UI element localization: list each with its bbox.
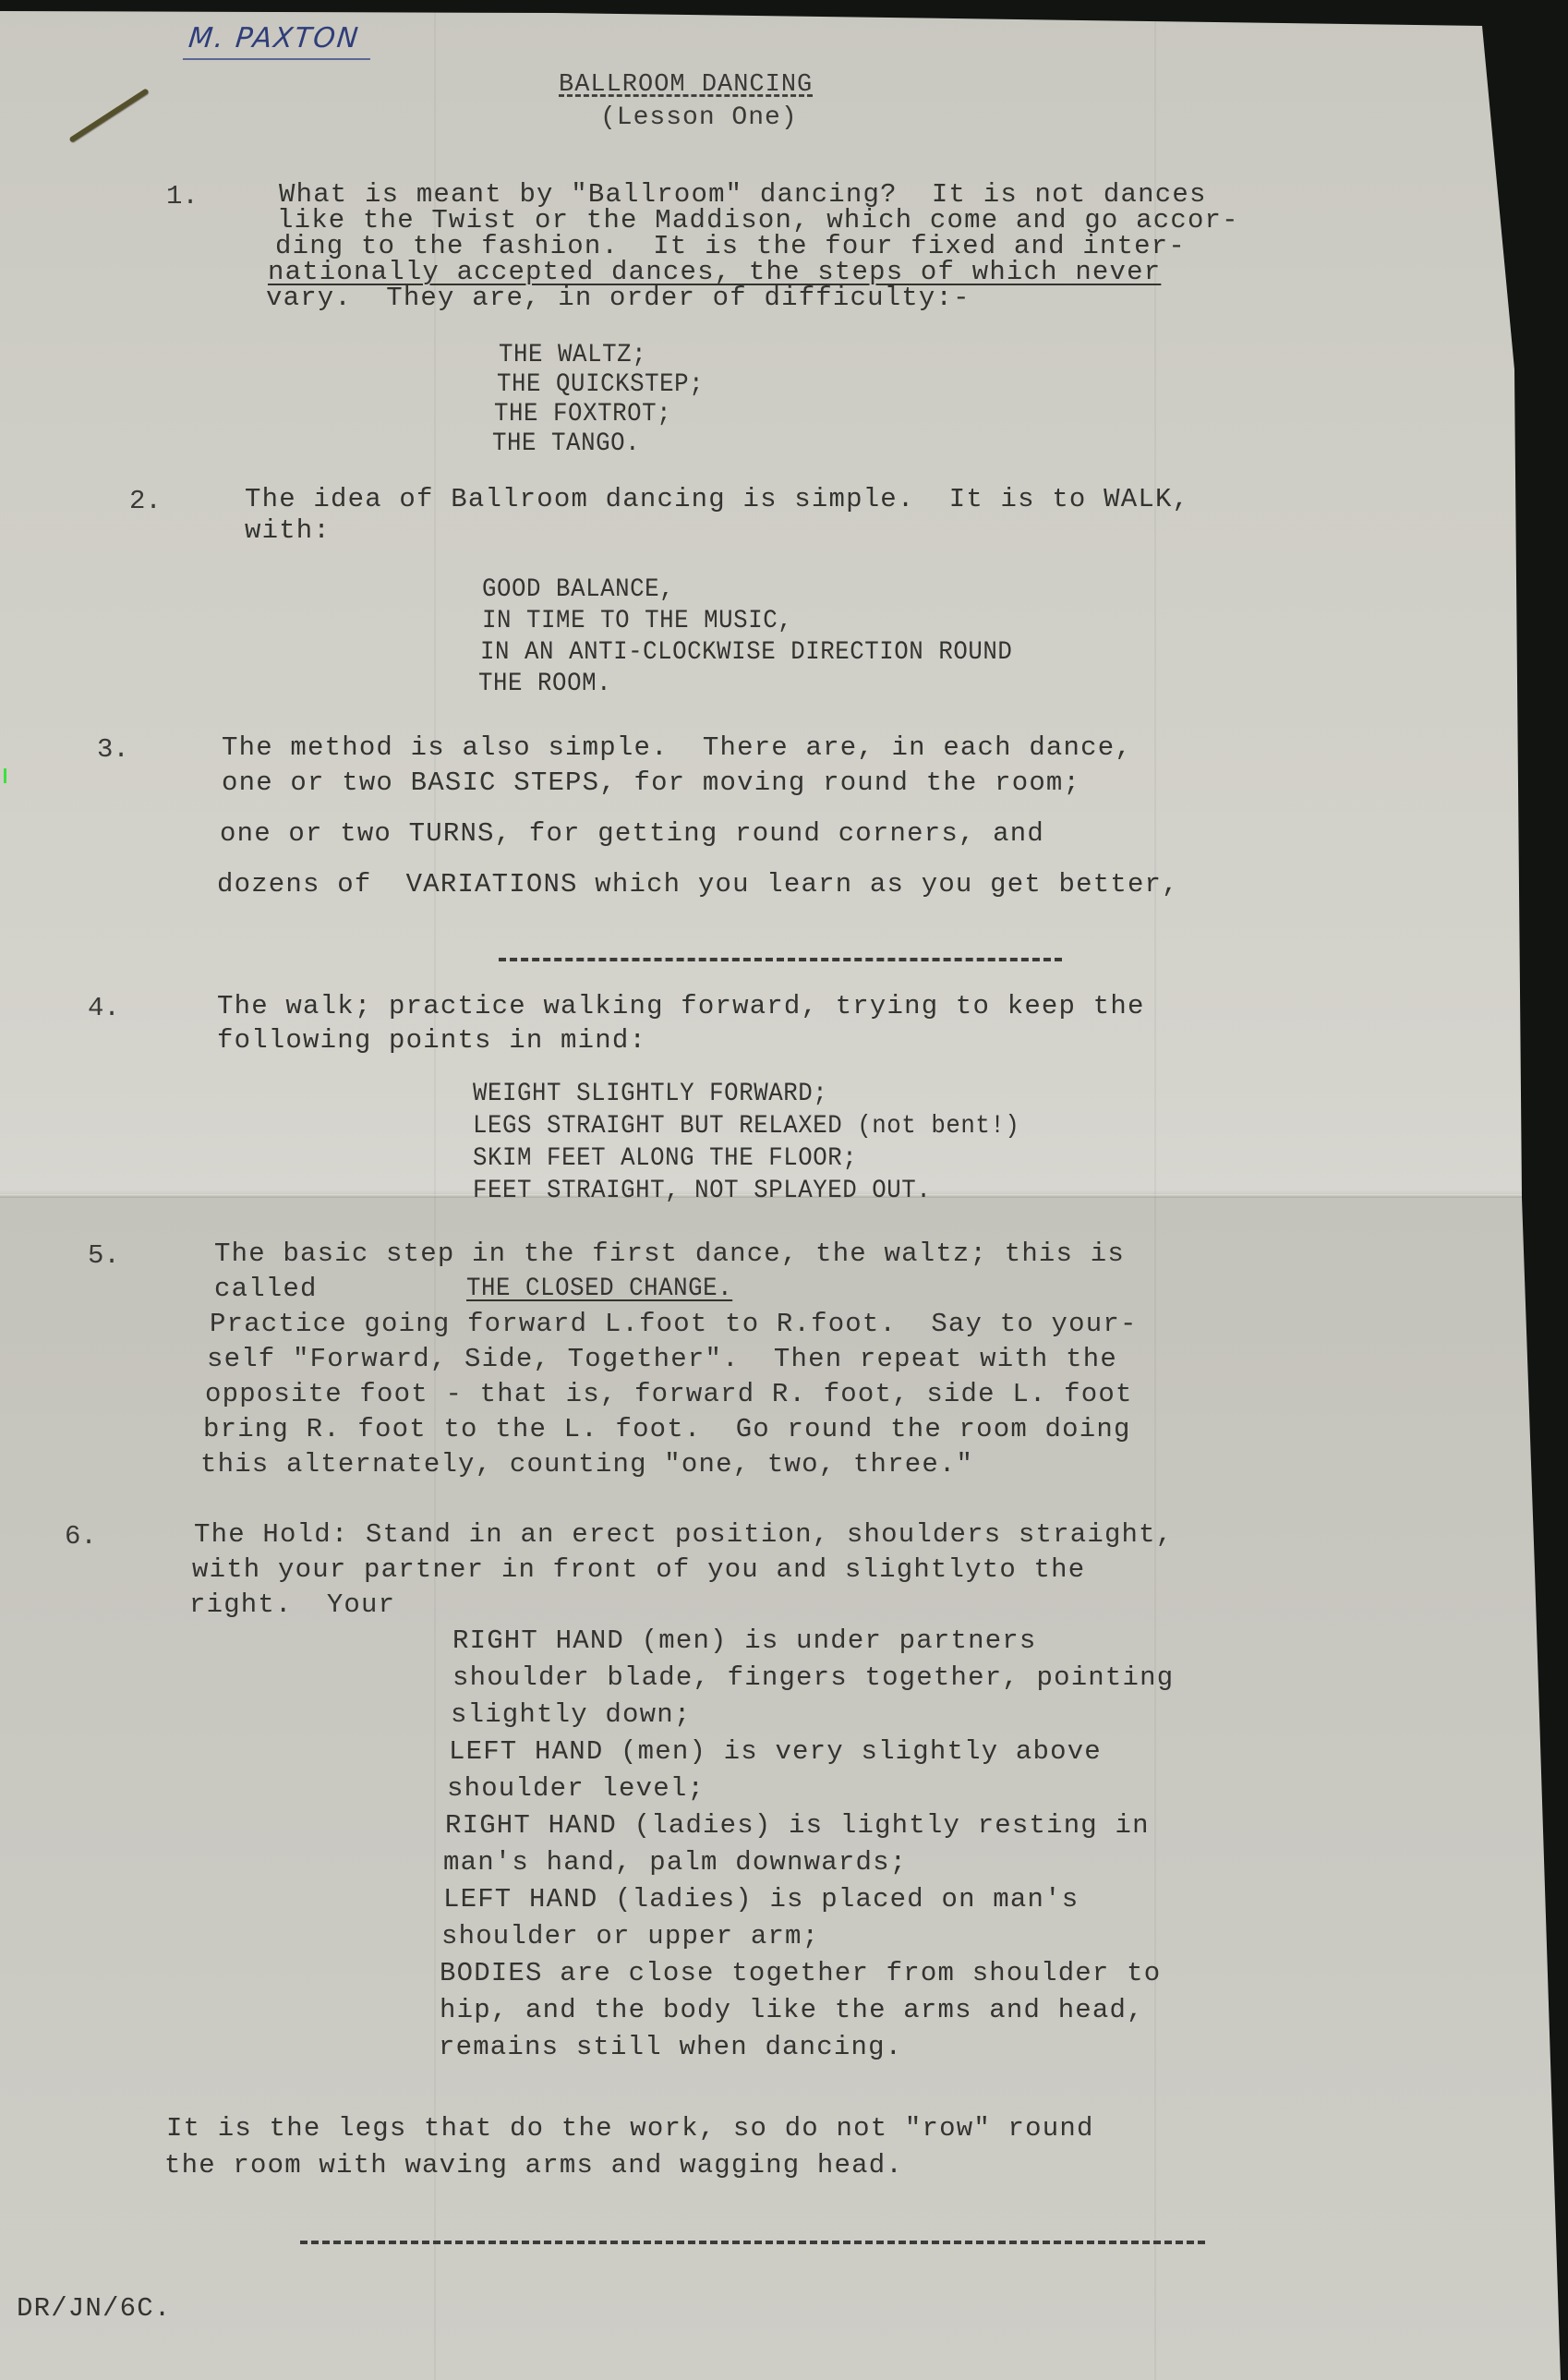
paper-crease: [1154, 0, 1156, 2380]
text-line: Practice going forward L.foot to R.foot.…: [210, 1311, 1138, 1338]
list-item: IN TIME TO THE MUSIC,: [482, 608, 792, 635]
list-item: THE TANGO.: [492, 430, 640, 458]
text-line: LEFT HAND (men) is very slightly above: [449, 1738, 1102, 1766]
item-number: 4.: [88, 993, 120, 1023]
text-line: The idea of Ballroom dancing is simple. …: [245, 486, 1189, 513]
text-line: LEFT HAND (ladies) is placed on man's: [443, 1886, 1079, 1914]
text-line: one or two BASIC STEPS, for moving round…: [222, 769, 1080, 797]
text-line: shoulder or upper arm;: [441, 1923, 819, 1951]
list-item: THE FOXTROT;: [494, 401, 671, 429]
item-number: 1.: [166, 181, 199, 211]
text-line: RIGHT HAND (ladies) is lightly resting i…: [445, 1812, 1150, 1840]
text-line: called: [214, 1275, 318, 1303]
text-line: hip, and the body like the arms and head…: [440, 1997, 1144, 2024]
text-line: with:: [245, 517, 331, 545]
item-number: 2.: [129, 486, 162, 516]
page-title: BALLROOM DANCING: [559, 71, 813, 99]
item-number: 3.: [97, 734, 129, 765]
text-line: The Hold: Stand in an erect position, sh…: [194, 1521, 1173, 1549]
text-line: bring R. foot to the L. foot. Go round t…: [203, 1416, 1131, 1444]
reference-code: DR/JN/6C.: [17, 2295, 171, 2323]
text-line: RIGHT HAND (men) is under partners: [452, 1627, 1037, 1655]
text-line: vary. They are, in order of difficulty:-: [266, 284, 971, 312]
text-line: remains still when dancing.: [439, 2034, 902, 2061]
list-item: THE WALTZ;: [499, 342, 646, 369]
text-line: dozens of VARIATIONS which you learn as …: [217, 871, 1179, 899]
item-number: 5.: [88, 1240, 120, 1271]
text-line: right. Your: [189, 1591, 395, 1619]
text-line: BODIES are close together from shoulder …: [440, 1960, 1161, 1987]
list-item: FEET STRAIGHT, NOT SPLAYED OUT.: [473, 1178, 931, 1205]
list-item: LEGS STRAIGHT BUT RELAXED (not bent!): [473, 1113, 1019, 1141]
subtitle-text: (Lesson One): [600, 103, 798, 132]
text-line: following points in mind:: [217, 1027, 646, 1055]
text-line: this alternately, counting "one, two, th…: [200, 1451, 973, 1479]
handwritten-name: M. PAXTON: [183, 22, 374, 60]
list-item: THE QUICKSTEP;: [497, 371, 704, 399]
divider-line: [499, 958, 1062, 961]
closed-change-emphasis: THE CLOSED CHANGE.: [466, 1275, 732, 1303]
text-line: It is the legs that do the work, so do n…: [166, 2115, 1094, 2143]
text-line: man's hand, palm downwards;: [443, 1849, 907, 1877]
paper-sheet: M. PAXTON BALLROOM DANCING (Lesson One) …: [0, 0, 1568, 2380]
list-item: WEIGHT SLIGHTLY FORWARD;: [473, 1081, 827, 1108]
text-line: the room with waving arms and wagging he…: [164, 2152, 903, 2180]
page-subtitle: (Lesson One): [600, 103, 798, 132]
text-line: slightly down;: [451, 1701, 691, 1729]
text-line: one or two TURNS, for getting round corn…: [220, 820, 1044, 848]
staple-icon: [68, 88, 149, 142]
text-line: The method is also simple. There are, in…: [222, 734, 1132, 762]
text-line: shoulder blade, fingers together, pointi…: [452, 1664, 1174, 1692]
text-line: The basic step in the first dance, the w…: [214, 1240, 1125, 1268]
list-item: GOOD BALANCE,: [482, 576, 674, 604]
list-item: THE ROOM.: [478, 671, 611, 698]
text-line: with your partner in front of you and sl…: [192, 1556, 1085, 1584]
text-line: The walk; practice walking forward, tryi…: [217, 993, 1145, 1021]
item-number: 6.: [65, 1521, 97, 1552]
green-mark: [4, 768, 6, 783]
text-line: self "Forward, Side, Together". Then rep…: [207, 1346, 1117, 1373]
text-line: opposite foot - that is, forward R. foot…: [205, 1381, 1133, 1408]
list-item: SKIM FEET ALONG THE FLOOR;: [473, 1145, 857, 1173]
paper-crease: [434, 0, 436, 2380]
text-line: shoulder level;: [447, 1775, 705, 1803]
divider-line: [300, 2241, 1205, 2244]
list-item: IN AN ANTI-CLOCKWISE DIRECTION ROUND: [480, 639, 1012, 667]
